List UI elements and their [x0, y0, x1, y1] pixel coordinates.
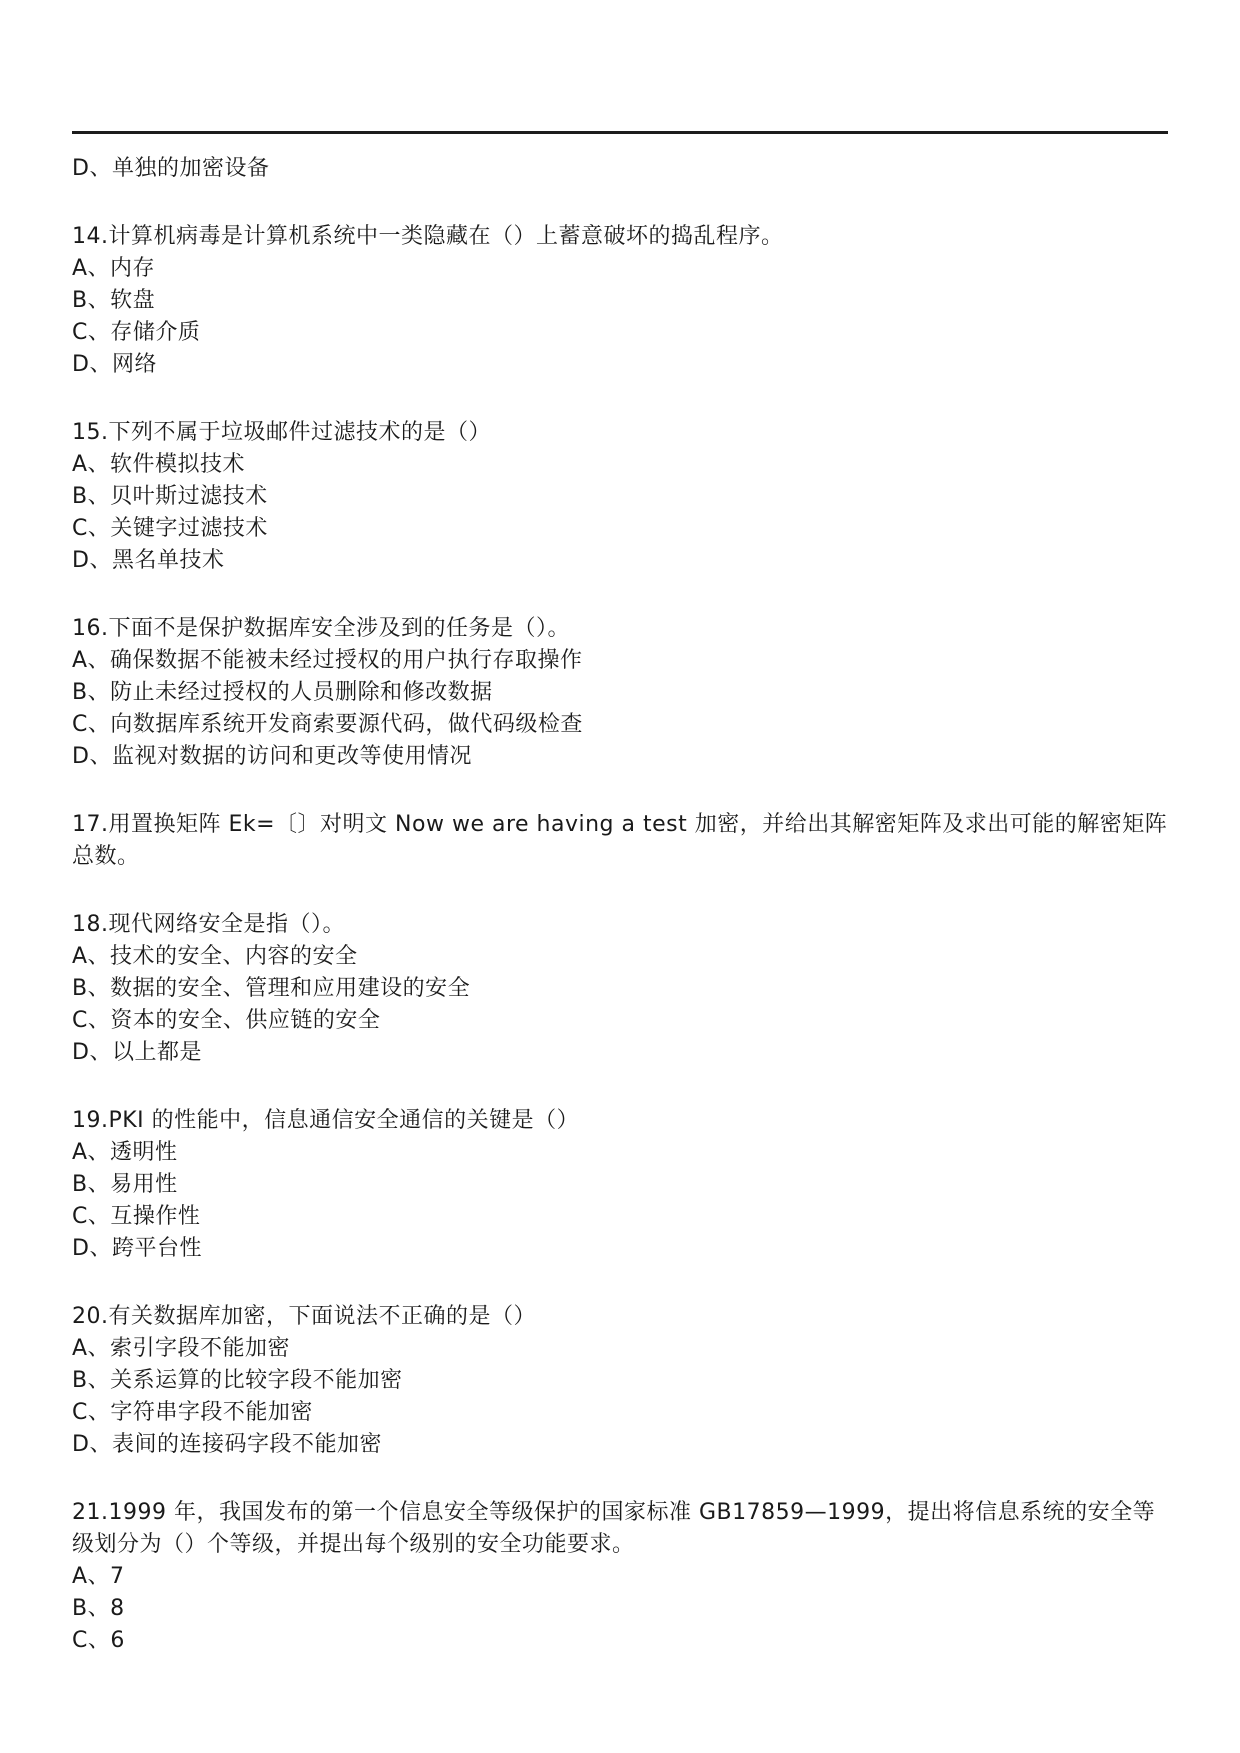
question-option: B、防止未经过授权的人员删除和修改数据 — [72, 677, 1170, 709]
question-option: B、数据的安全、管理和应用建设的安全 — [72, 973, 1170, 1005]
question-text: 20.有关数据库加密，下面说法不正确的是（） — [72, 1301, 1170, 1333]
question-option: D、黑名单技术 — [72, 545, 1170, 577]
question-option: C、向数据库系统开发商索要源代码，做代码级检查 — [72, 709, 1170, 741]
question-option: B、易用性 — [72, 1169, 1170, 1201]
question-option: C、资本的安全、供应链的安全 — [72, 1005, 1170, 1037]
question-block: 14.计算机病毒是计算机系统中一类隐藏在（）上蓄意破坏的捣乱程序。A、内存B、软… — [72, 221, 1170, 381]
question-block: 18.现代网络安全是指（）。A、技术的安全、内容的安全B、数据的安全、管理和应用… — [72, 909, 1170, 1069]
question-text: 17.用置换矩阵 Ek=〔〕对明文 Now we are having a te… — [72, 809, 1170, 873]
question-block: 20.有关数据库加密，下面说法不正确的是（）A、索引字段不能加密B、关系运算的比… — [72, 1301, 1170, 1461]
question-text: 14.计算机病毒是计算机系统中一类隐藏在（）上蓄意破坏的捣乱程序。 — [72, 221, 1170, 253]
question-option: B、关系运算的比较字段不能加密 — [72, 1365, 1170, 1397]
question-option: A、软件模拟技术 — [72, 449, 1170, 481]
orphan-option-block: D、单独的加密设备 — [72, 153, 1170, 185]
question-option: B、软盘 — [72, 285, 1170, 317]
questions-root: 14.计算机病毒是计算机系统中一类隐藏在（）上蓄意破坏的捣乱程序。A、内存B、软… — [72, 221, 1170, 1657]
question-text: 18.现代网络安全是指（）。 — [72, 909, 1170, 941]
question-text: 16.下面不是保护数据库安全涉及到的任务是（）。 — [72, 613, 1170, 645]
question-option: A、技术的安全、内容的安全 — [72, 941, 1170, 973]
question-option: D、表间的连接码字段不能加密 — [72, 1429, 1170, 1461]
question-option: C、存储介质 — [72, 317, 1170, 349]
question-option: A、索引字段不能加密 — [72, 1333, 1170, 1365]
question-option: D、以上都是 — [72, 1037, 1170, 1069]
question-option: A、透明性 — [72, 1137, 1170, 1169]
page-header-divider — [72, 131, 1168, 134]
question-option: B、贝叶斯过滤技术 — [72, 481, 1170, 513]
question-option: A、确保数据不能被未经过授权的用户执行存取操作 — [72, 645, 1170, 677]
question-option: C、互操作性 — [72, 1201, 1170, 1233]
question-text: 21.1999 年，我国发布的第一个信息安全等级保护的国家标准 GB17859—… — [72, 1497, 1170, 1561]
question-option: A、内存 — [72, 253, 1170, 285]
question-option: D、跨平台性 — [72, 1233, 1170, 1265]
question-option: D、监视对数据的访问和更改等使用情况 — [72, 741, 1170, 773]
question-option: C、关键字过滤技术 — [72, 513, 1170, 545]
question-option: D、网络 — [72, 349, 1170, 381]
question-text: 19.PKI 的性能中，信息通信安全通信的关键是（） — [72, 1105, 1170, 1137]
question-option: B、8 — [72, 1593, 1170, 1625]
orphan-option: D、单独的加密设备 — [72, 153, 1170, 185]
question-block: 21.1999 年，我国发布的第一个信息安全等级保护的国家标准 GB17859—… — [72, 1497, 1170, 1657]
exam-page: D、单独的加密设备 14.计算机病毒是计算机系统中一类隐藏在（）上蓄意破坏的捣乱… — [0, 0, 1240, 1753]
question-option: C、6 — [72, 1625, 1170, 1657]
question-block: 16.下面不是保护数据库安全涉及到的任务是（）。A、确保数据不能被未经过授权的用… — [72, 613, 1170, 773]
question-option: C、字符串字段不能加密 — [72, 1397, 1170, 1429]
question-text: 15.下列不属于垃圾邮件过滤技术的是（） — [72, 417, 1170, 449]
question-block: 15.下列不属于垃圾邮件过滤技术的是（）A、软件模拟技术B、贝叶斯过滤技术C、关… — [72, 417, 1170, 577]
question-block: 19.PKI 的性能中，信息通信安全通信的关键是（）A、透明性B、易用性C、互操… — [72, 1105, 1170, 1265]
question-option: A、7 — [72, 1561, 1170, 1593]
question-list: D、单独的加密设备 14.计算机病毒是计算机系统中一类隐藏在（）上蓄意破坏的捣乱… — [72, 153, 1170, 1693]
question-block: 17.用置换矩阵 Ek=〔〕对明文 Now we are having a te… — [72, 809, 1170, 873]
